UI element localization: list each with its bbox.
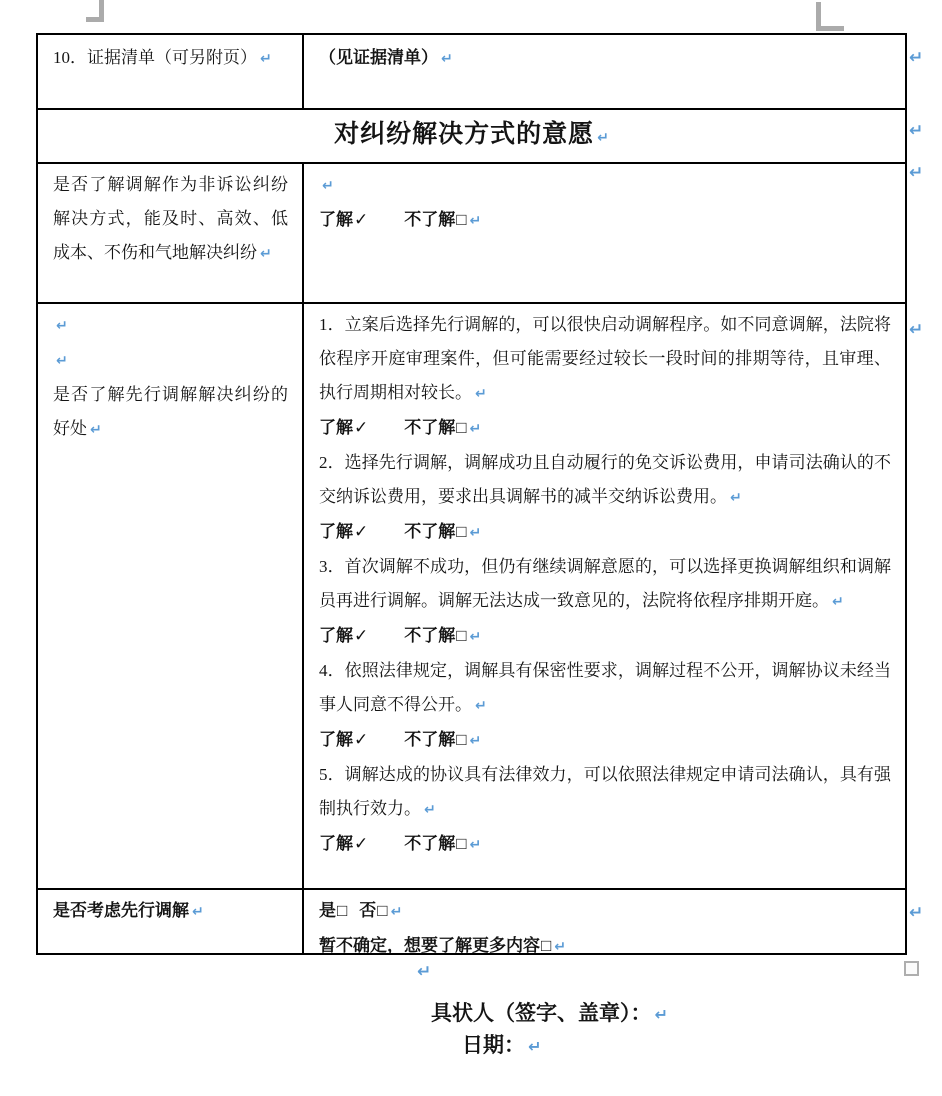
table-row-section-title: 对纠纷解决方式的意愿↵ bbox=[37, 109, 906, 163]
paragraph-mark-icon: ↵ bbox=[554, 939, 566, 953]
uncertain-checkbox[interactable]: □ bbox=[541, 936, 551, 953]
dispute-resolution-table: 10．证据清单（可另附页）↵ （见证据清单）↵ 对纠纷解决方式的意愿↵ 是否了解… bbox=[36, 33, 907, 955]
know-label: 了解 bbox=[319, 522, 353, 541]
paragraph-mark-icon: ↵ bbox=[470, 421, 482, 437]
benefit-item-text: 3．首次调解不成功，但仍有继续调解意愿的，可以选择更换调解组织和调解员再进行调解… bbox=[319, 557, 891, 610]
evidence-value: （见证据清单） bbox=[319, 48, 438, 67]
not-know-label: 不了解 bbox=[404, 626, 455, 645]
mediation-awareness-answer-cell: ↵ 了解✓不了解□↵ bbox=[303, 163, 906, 303]
paragraph-mark-icon: ↵ bbox=[90, 422, 102, 438]
answer-line: 了解✓不了解□↵ bbox=[319, 411, 891, 446]
paragraph-mark-icon: ↵ bbox=[528, 1037, 541, 1056]
know-label: 了解 bbox=[319, 418, 353, 437]
table-row-consider-mediation: 是否考虑先行调解↵ 是□否□↵ 暂不确定，想要了解更多内容□↵ bbox=[37, 889, 906, 954]
paragraph-mark-icon: ↵ bbox=[391, 904, 403, 920]
benefit-item: 5．调解达成的协议具有法律效力，可以依照法律规定申请司法确认，具有强制执行效力。… bbox=[319, 758, 891, 827]
benefit-item-text: 5．调解达成的协议具有法律效力，可以依照法律规定申请司法确认，具有强制执行效力。 bbox=[319, 765, 891, 818]
evidence-label: 10．证据清单（可另附页） bbox=[53, 48, 257, 67]
mediation-awareness-label-cell: 是否了解调解作为非诉讼纠纷解决方式，能及时、高效、低成本、不伤和气地解决纠纷↵ bbox=[37, 163, 303, 303]
paragraph-mark-icon: ↵ bbox=[470, 733, 482, 749]
not-know-label: 不了解 bbox=[404, 210, 455, 229]
paragraph-mark-icon: ↵ bbox=[322, 178, 334, 194]
answer-line: 了解✓不了解□↵ bbox=[319, 827, 891, 862]
answer-line: 了解✓不了解□↵ bbox=[319, 203, 891, 238]
paragraph-mark-icon: ↵ bbox=[260, 51, 272, 67]
benefit-item-text: 4．依照法律规定，调解具有保密性要求，调解过程不公开，调解协议未经当事人同意不得… bbox=[319, 661, 891, 714]
section-title: 对纠纷解决方式的意愿 bbox=[334, 121, 594, 148]
mediation-benefits-label: 是否了解先行调解解决纠纷的好处 bbox=[53, 385, 288, 438]
paragraph-mark-icon: ↵ bbox=[470, 525, 482, 541]
document-page: 10．证据清单（可另附页）↵ （见证据清单）↵ 对纠纷解决方式的意愿↵ 是否了解… bbox=[0, 0, 942, 1096]
no-checkbox[interactable]: □ bbox=[377, 901, 387, 920]
section-title-cell: 对纠纷解决方式的意愿↵ bbox=[37, 109, 906, 163]
know-label: 了解 bbox=[319, 834, 353, 853]
uncertain-label: 暂不确定，想要了解更多内容 bbox=[319, 936, 540, 953]
paragraph-mark-icon: ↵ bbox=[424, 802, 436, 818]
paragraph-mark-icon: ↵ bbox=[56, 318, 68, 334]
consider-mediation-answer-cell: 是□否□↵ 暂不确定，想要了解更多内容□↵ bbox=[303, 889, 906, 954]
consider-mediation-label-cell: 是否考虑先行调解↵ bbox=[37, 889, 303, 954]
benefit-item: 1．立案后选择先行调解的，可以很快启动调解程序。如不同意调解，法院将依程序开庭审… bbox=[319, 308, 891, 411]
benefit-item: 4．依照法律规定，调解具有保密性要求，调解过程不公开，调解协议未经当事人同意不得… bbox=[319, 654, 891, 723]
row-end-mark-icon: ↵ bbox=[909, 50, 923, 67]
evidence-label-cell: 10．证据清单（可另附页）↵ bbox=[37, 34, 303, 109]
not-know-checkbox[interactable]: □ bbox=[456, 522, 466, 541]
text-boundary-mark-right bbox=[816, 26, 844, 31]
benefit-item-text: 1．立案后选择先行调解的，可以很快启动调解程序。如不同意调解，法院将依程序开庭审… bbox=[319, 315, 891, 402]
benefit-item: 2．选择先行调解，调解成功且自动履行的免交诉讼费用，申请司法确认的不交纳诉讼费用… bbox=[319, 446, 891, 515]
signature-line: 具状人（签字、盖章）：↵ bbox=[431, 999, 668, 1029]
row-end-mark-icon: ↵ bbox=[909, 905, 923, 922]
answer-line: 了解✓不了解□↵ bbox=[319, 515, 891, 550]
paragraph-mark-icon: ↵ bbox=[417, 962, 431, 982]
table-row-evidence: 10．证据清单（可另附页）↵ （见证据清单）↵ bbox=[37, 34, 906, 109]
paragraph-mark-icon: ↵ bbox=[475, 698, 487, 714]
know-checkmark-icon[interactable]: ✓ bbox=[354, 626, 368, 645]
know-checkmark-icon[interactable]: ✓ bbox=[354, 418, 368, 437]
consider-mediation-label: 是否考虑先行调解 bbox=[53, 901, 189, 920]
not-know-checkbox[interactable]: □ bbox=[456, 626, 466, 645]
mediation-awareness-label: 是否了解调解作为非诉讼纠纷解决方式，能及时、高效、低成本、不伤和气地解决纠纷 bbox=[53, 175, 288, 262]
paragraph-mark-icon: ↵ bbox=[470, 837, 482, 853]
not-know-checkbox[interactable]: □ bbox=[456, 210, 466, 229]
paragraph-mark-icon: ↵ bbox=[470, 629, 482, 645]
date-label: 日期： bbox=[462, 1033, 525, 1057]
mediation-benefits-content-cell: 1．立案后选择先行调解的，可以很快启动调解程序。如不同意调解，法院将依程序开庭审… bbox=[303, 303, 906, 889]
know-label: 了解 bbox=[319, 210, 353, 229]
paragraph-mark-icon: ↵ bbox=[56, 353, 68, 369]
know-label: 了解 bbox=[319, 626, 353, 645]
evidence-value-cell: （见证据清单）↵ bbox=[303, 34, 906, 109]
not-know-label: 不了解 bbox=[404, 730, 455, 749]
yes-label: 是 bbox=[319, 901, 336, 920]
paragraph-mark-icon: ↵ bbox=[475, 386, 487, 402]
answer-line: 了解✓不了解□↵ bbox=[319, 723, 891, 758]
no-label: 否 bbox=[359, 901, 376, 920]
know-checkmark-icon[interactable]: ✓ bbox=[354, 522, 368, 541]
yes-no-line: 是□否□↵ bbox=[319, 894, 891, 929]
paragraph-mark-icon: ↵ bbox=[597, 130, 610, 146]
row-end-mark-icon: ↵ bbox=[909, 165, 923, 182]
not-know-label: 不了解 bbox=[404, 834, 455, 853]
know-checkmark-icon[interactable]: ✓ bbox=[354, 730, 368, 749]
paragraph-mark-icon: ↵ bbox=[192, 904, 204, 920]
uncertain-line: 暂不确定，想要了解更多内容□↵ bbox=[319, 929, 891, 953]
answer-line: 了解✓不了解□↵ bbox=[319, 619, 891, 654]
paragraph-mark-icon: ↵ bbox=[470, 213, 482, 229]
empty-paragraph: ↵ bbox=[53, 343, 288, 378]
know-checkmark-icon[interactable]: ✓ bbox=[354, 834, 368, 853]
mediation-benefits-label-wrap: 是否了解先行调解解决纠纷的好处↵ bbox=[53, 378, 288, 447]
not-know-checkbox[interactable]: □ bbox=[456, 834, 466, 853]
table-resize-handle[interactable] bbox=[904, 961, 919, 976]
row-end-mark-icon: ↵ bbox=[909, 322, 923, 339]
know-label: 了解 bbox=[319, 730, 353, 749]
benefit-item-text: 2．选择先行调解，调解成功且自动履行的免交诉讼费用，申请司法确认的不交纳诉讼费用… bbox=[319, 453, 891, 506]
benefit-item: 3．首次调解不成功，但仍有继续调解意愿的，可以选择更换调解组织和调解员再进行调解… bbox=[319, 550, 891, 619]
paragraph-mark-icon: ↵ bbox=[730, 490, 742, 506]
paragraph-mark-icon: ↵ bbox=[441, 51, 453, 67]
table-row-mediation-benefits: ↵ ↵ 是否了解先行调解解决纠纷的好处↵ 1．立案后选择先行调解的，可以很快启动… bbox=[37, 303, 906, 889]
date-line: 日期：↵ bbox=[462, 1031, 541, 1061]
not-know-checkbox[interactable]: □ bbox=[456, 418, 466, 437]
row-end-mark-icon: ↵ bbox=[909, 123, 923, 140]
yes-checkbox[interactable]: □ bbox=[337, 901, 347, 920]
paragraph-mark-icon: ↵ bbox=[655, 1005, 668, 1024]
table-row-mediation-awareness: 是否了解调解作为非诉讼纠纷解决方式，能及时、高效、低成本、不伤和气地解决纠纷↵ … bbox=[37, 163, 906, 303]
not-know-label: 不了解 bbox=[404, 418, 455, 437]
empty-paragraph: ↵ bbox=[53, 308, 288, 343]
paragraph-mark-icon: ↵ bbox=[260, 246, 272, 262]
signature-label: 具状人（签字、盖章）： bbox=[431, 1001, 652, 1025]
empty-paragraph: ↵ bbox=[319, 168, 891, 203]
paragraph-mark-icon: ↵ bbox=[832, 594, 844, 610]
not-know-label: 不了解 bbox=[404, 522, 455, 541]
mediation-benefits-label-cell: ↵ ↵ 是否了解先行调解解决纠纷的好处↵ bbox=[37, 303, 303, 889]
know-checkmark-icon[interactable]: ✓ bbox=[354, 210, 368, 229]
not-know-checkbox[interactable]: □ bbox=[456, 730, 466, 749]
text-boundary-mark-left bbox=[86, 17, 104, 22]
